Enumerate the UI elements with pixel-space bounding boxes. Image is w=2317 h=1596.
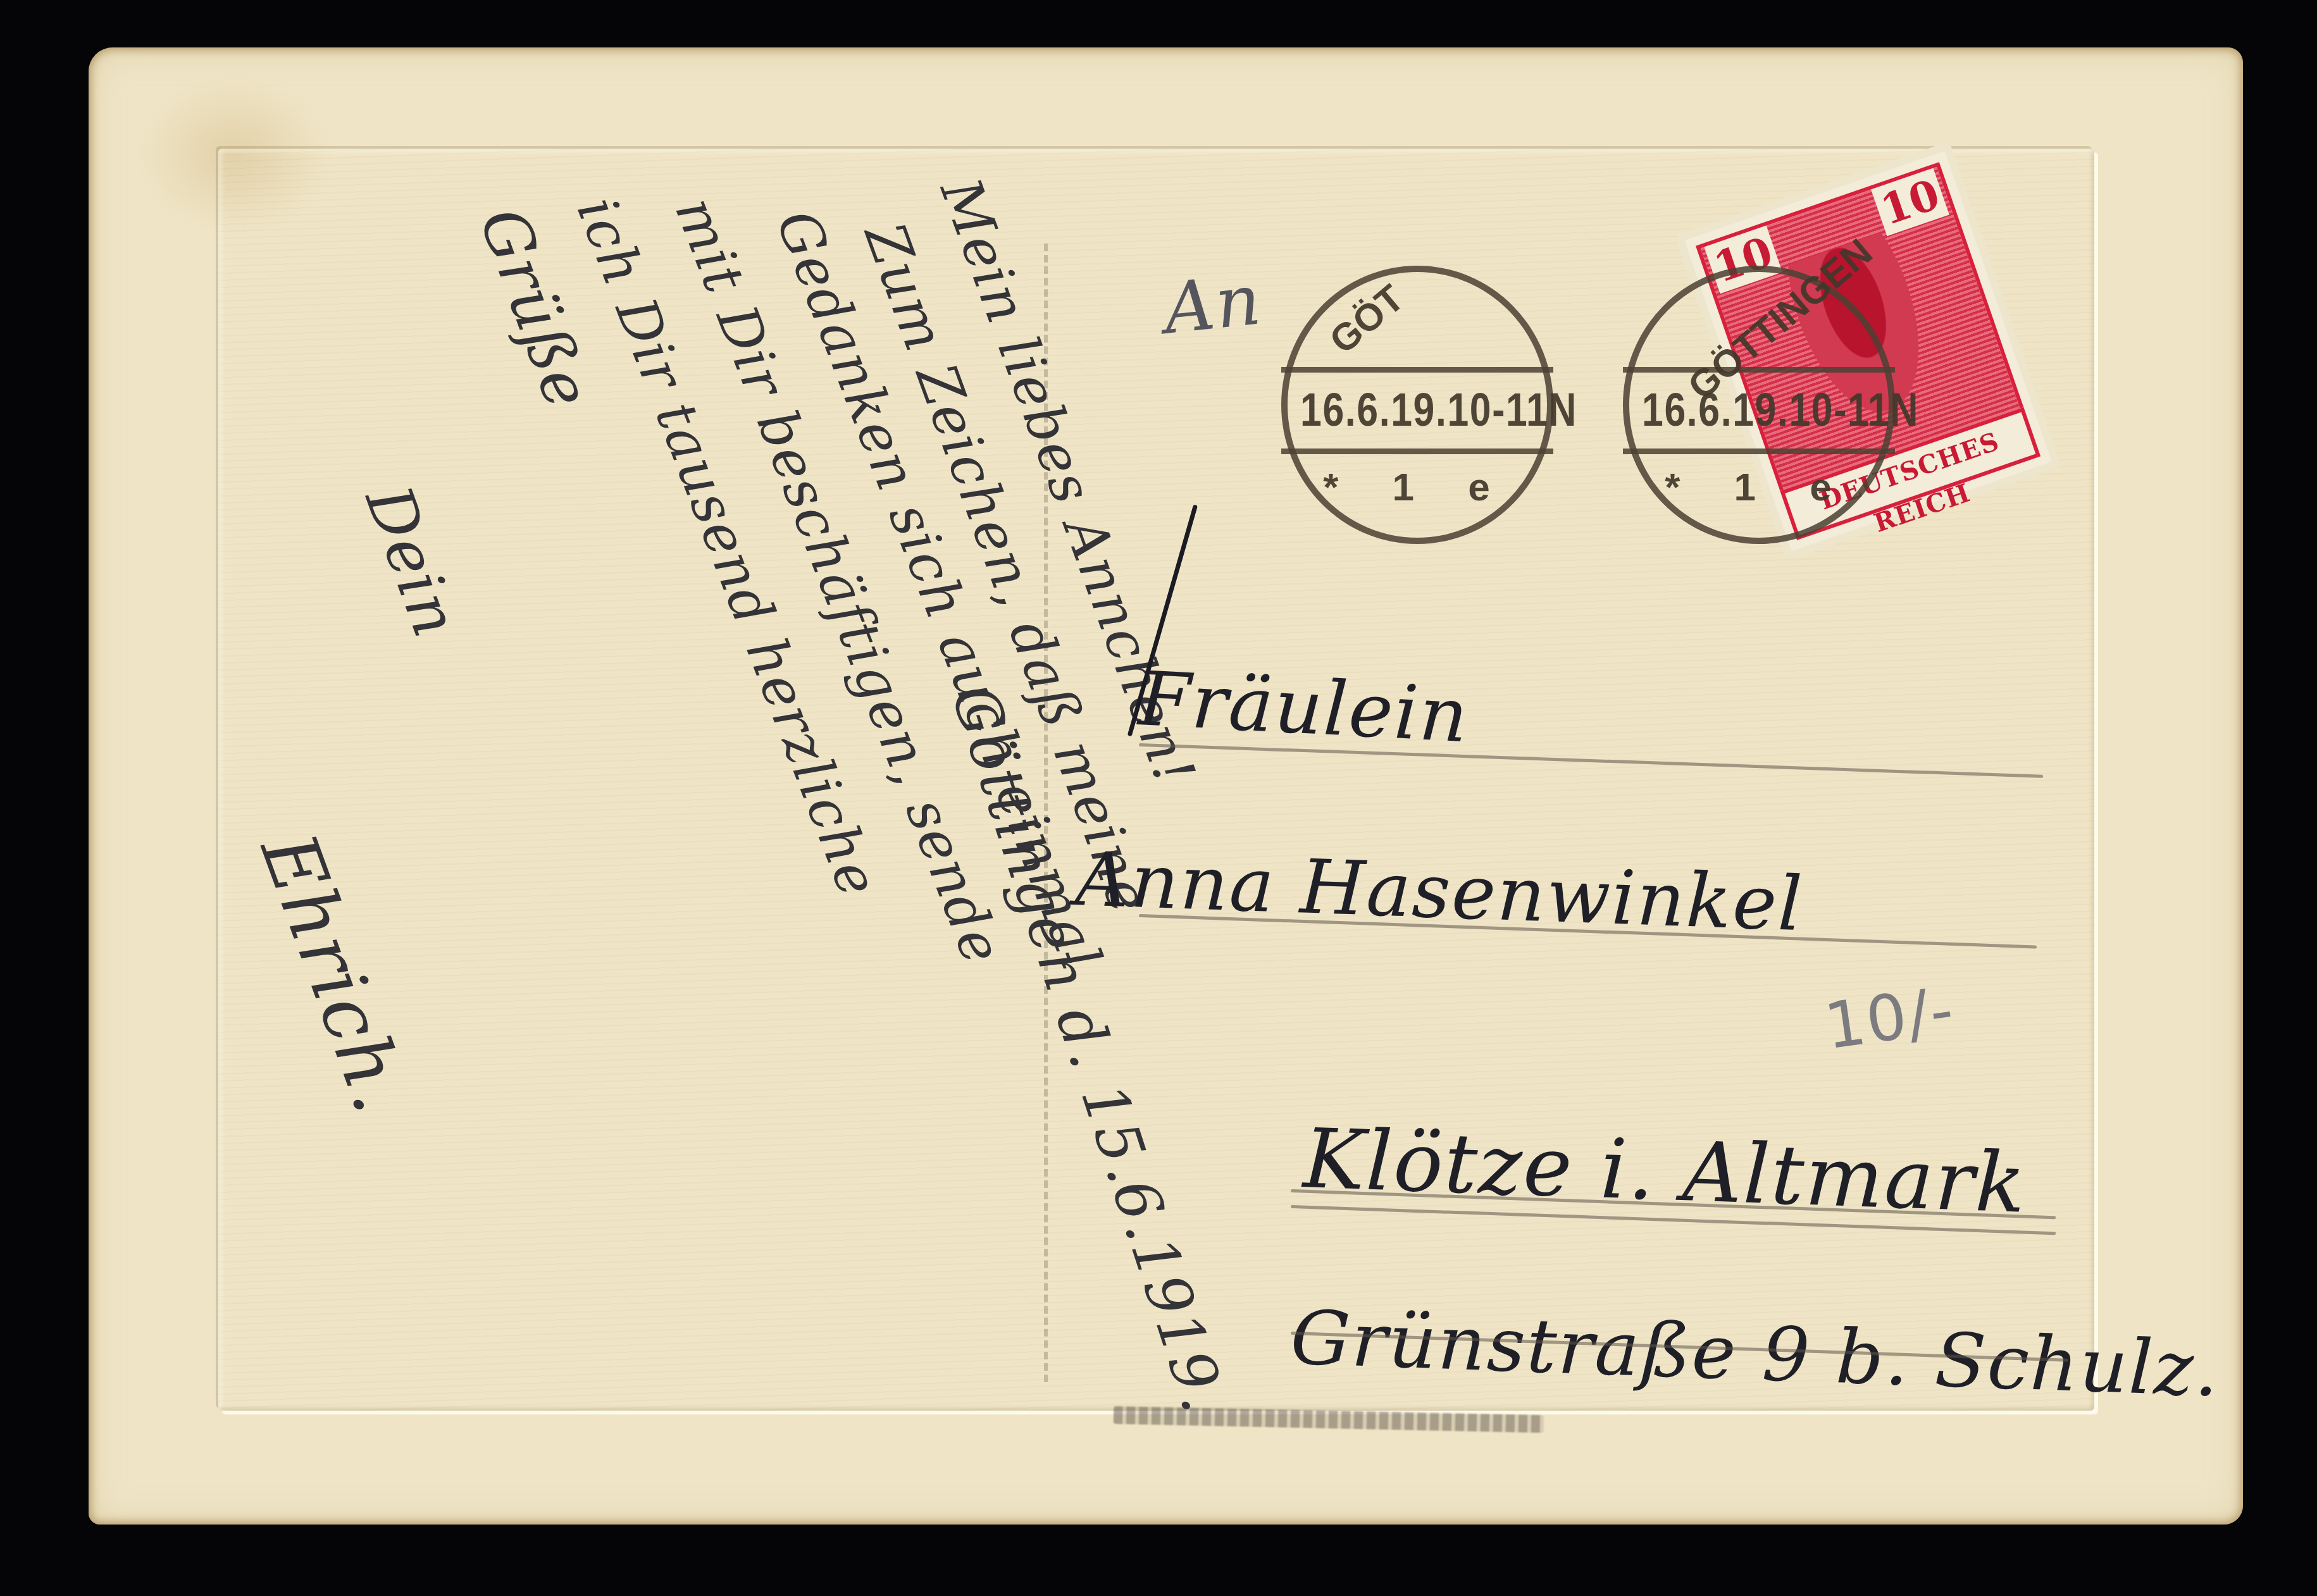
postmark-date: 16.6.19.10-11N [1642,383,1844,436]
postmark: GÖT 16.6.19.10-11N * 1 e [1281,266,1553,544]
postmark: GÖTTINGEN 16.6.19.10-11N * 1 e [1623,266,1895,544]
address-salutation: Fräulein [1136,655,1470,759]
postmark-date: 16.6.19.10-11N [1300,383,1503,436]
postmark-bottom: * 1 e [1288,465,1547,510]
postmark-bottom: * 1 e [1629,465,1889,510]
address-prefix: An [1160,259,1265,349]
